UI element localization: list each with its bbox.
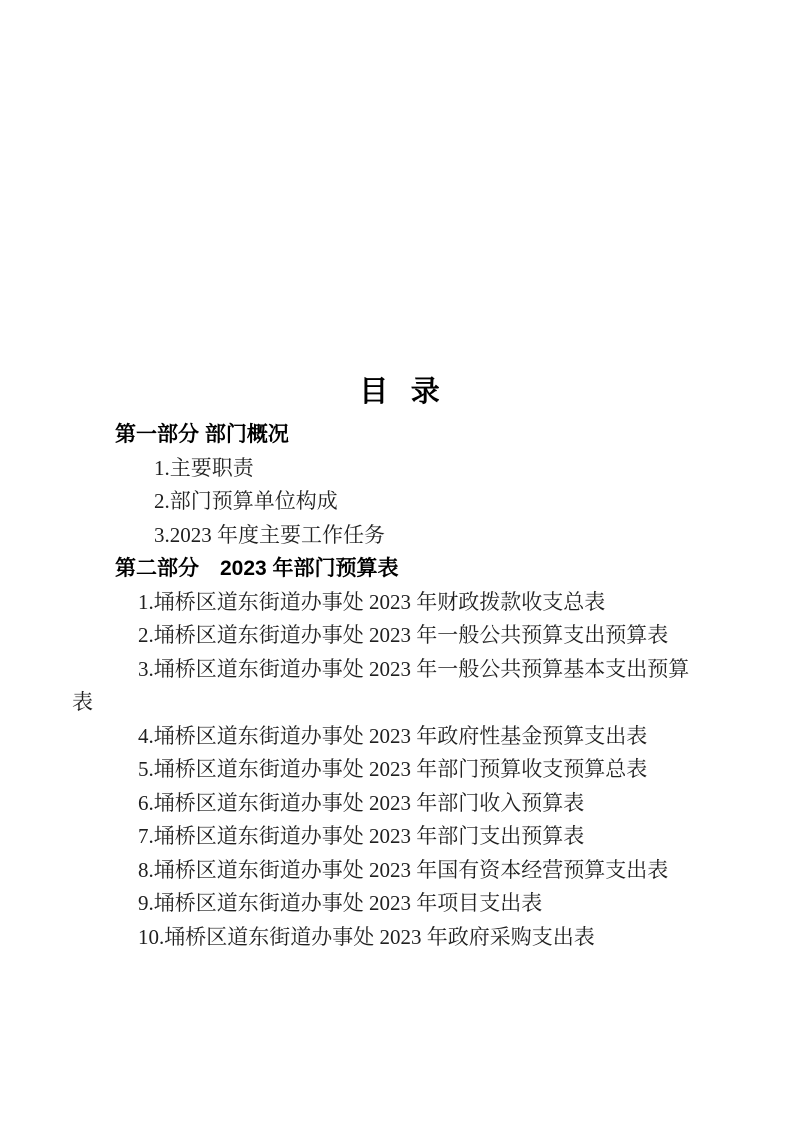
page-title: 目 录 [72,372,727,412]
toc-item-text: 埇桥区道东街道办事处 2023 年一般公共预算支出预算表 [154,623,669,647]
toc-item-text: 埇桥区道东街道办事处 2023 年项目支出表 [154,891,543,915]
toc-part1-item-1: 1.主要职责 [72,452,727,486]
document-page: 目 录 第一部分 部门概况 1.主要职责 2.部门预算单位构成 3.2023 年… [0,0,793,1122]
toc-item-number: 1. [113,452,170,486]
toc-item-number: 3. [105,653,154,687]
toc-part2-item-2: 2.埇桥区道东街道办事处 2023 年一般公共预算支出预算表 [72,619,727,653]
toc-item-text: 部门预算单位构成 [170,489,338,513]
toc-part2-item-5: 5.埇桥区道东街道办事处 2023 年部门预算收支预算总表 [72,753,727,787]
toc-item-number: 3. [113,519,170,553]
toc-item-number: 8. [105,854,154,888]
toc-part2-item-3-continuation: 表 [72,686,727,720]
toc-item-text: 埇桥区道东街道办事处 2023 年政府性基金预算支出表 [154,724,648,748]
toc-item-number: 2. [105,619,154,653]
toc-item-number: 6. [105,787,154,821]
toc-item-text: 2023 年度主要工作任务 [170,523,385,547]
toc-item-text: 埇桥区道东街道办事处 2023 年部门支出预算表 [154,824,585,848]
toc-item-number: 10. [105,921,164,955]
toc-part2-item-4: 4.埇桥区道东街道办事处 2023 年政府性基金预算支出表 [72,720,727,754]
toc-part1-item-2: 2.部门预算单位构成 [72,485,727,519]
toc-part2-item-6: 6.埇桥区道东街道办事处 2023 年部门收入预算表 [72,787,727,821]
toc-item-text: 主要职责 [170,456,254,480]
toc-part2-item-8: 8.埇桥区道东街道办事处 2023 年国有资本经营预算支出表 [72,854,727,888]
toc-item-text: 埇桥区道东街道办事处 2023 年政府采购支出表 [164,925,595,949]
toc-part2-item-3: 3.埇桥区道东街道办事处 2023 年一般公共预算基本支出预算 [72,653,727,687]
toc-part2-item-10: 10.埇桥区道东街道办事处 2023 年政府采购支出表 [72,921,727,955]
toc-part2-item-7: 7.埇桥区道东街道办事处 2023 年部门支出预算表 [72,820,727,854]
toc-item-text: 埇桥区道东街道办事处 2023 年部门预算收支预算总表 [154,757,648,781]
toc-item-number: 7. [105,820,154,854]
toc-item-text: 埇桥区道东街道办事处 2023 年国有资本经营预算支出表 [154,858,669,882]
toc-item-text: 埇桥区道东街道办事处 2023 年财政拨款收支总表 [154,590,606,614]
toc-part2-heading: 第二部分 2023 年部门预算表 [72,552,727,586]
toc-item-number: 1. [105,586,154,620]
toc-part2-item-9: 9.埇桥区道东街道办事处 2023 年项目支出表 [72,887,727,921]
toc-content: 目 录 第一部分 部门概况 1.主要职责 2.部门预算单位构成 3.2023 年… [72,372,727,954]
toc-item-number: 4. [105,720,154,754]
toc-part1-item-3: 3.2023 年度主要工作任务 [72,519,727,553]
toc-part1-heading: 第一部分 部门概况 [72,418,727,452]
toc-item-text: 埇桥区道东街道办事处 2023 年一般公共预算基本支出预算 [154,657,690,681]
toc-part2-item-1: 1.埇桥区道东街道办事处 2023 年财政拨款收支总表 [72,586,727,620]
toc-item-text: 埇桥区道东街道办事处 2023 年部门收入预算表 [154,791,585,815]
toc-item-number: 5. [105,753,154,787]
toc-item-number: 2. [113,485,170,519]
toc-item-number: 9. [105,887,154,921]
